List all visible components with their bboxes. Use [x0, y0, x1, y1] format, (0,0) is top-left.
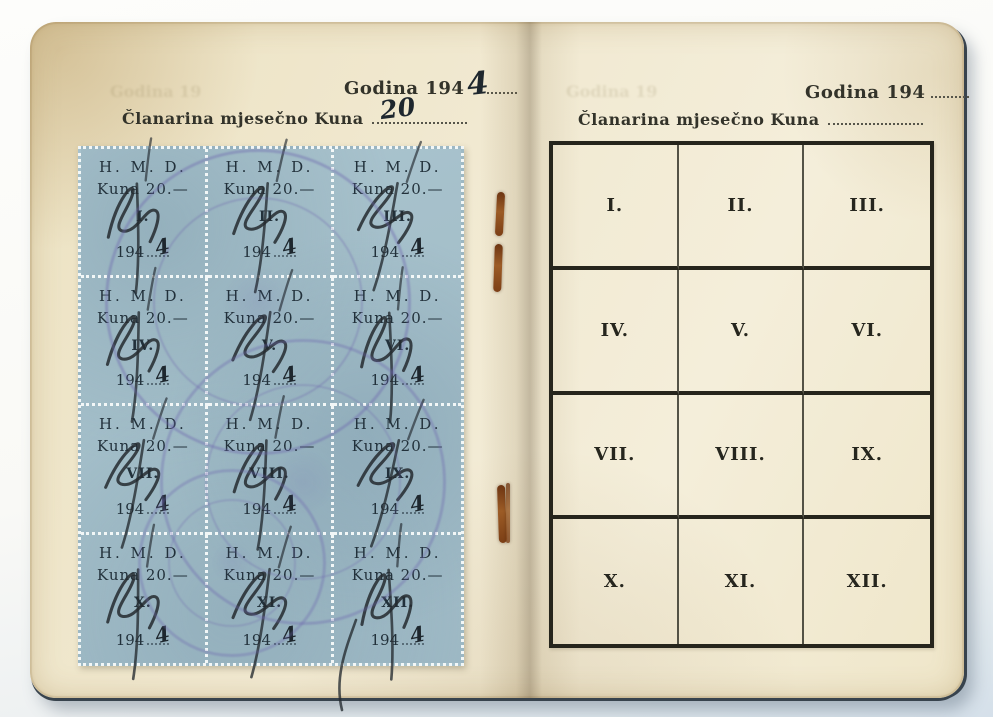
clanarina-line-left: Članarina mjesečno Kuna20	[122, 109, 467, 128]
month-numeral: VI.	[851, 320, 883, 341]
month-cell: I.	[553, 145, 679, 270]
membership-stamp: H. M. D.Kuna 20.—V.1944	[208, 278, 335, 407]
month-numeral: X.	[604, 571, 626, 592]
stamp-year-printed: 194	[242, 371, 271, 389]
staple	[495, 192, 505, 236]
stamp-org-text: H. M. D.	[226, 415, 314, 433]
dotted-line	[931, 93, 969, 98]
month-numeral: XI.	[725, 571, 757, 592]
stamp-year-printed: 194	[242, 631, 271, 649]
stamp-org-text: H. M. D.	[354, 415, 442, 433]
clanarina-label-left: Članarina mjesečno Kuna	[122, 109, 364, 128]
membership-stamp: H. M. D.Kuna 20.—XI.1944	[208, 535, 335, 664]
stamp-year-row: 1944	[116, 625, 170, 650]
month-cell: XII.	[804, 519, 930, 644]
clanarina-line-right: Članarina mjesečno Kuna	[578, 110, 923, 129]
membership-stamp: H. M. D.Kuna 20.—VIII.1944	[208, 406, 335, 535]
stamp-org-text: H. M. D.	[99, 544, 187, 562]
stamp-org-text: H. M. D.	[226, 287, 314, 305]
month-table: I.II.III.IV.V.VI.VII.VIII.IX.X.XI.XII.	[549, 141, 934, 648]
godina-line-right: Godina 194	[805, 82, 969, 103]
stamp-price-text: Kuna 20.—	[352, 309, 444, 327]
stamp-month-numeral: IV.	[131, 338, 154, 354]
showthrough-text-left: Godina 19	[110, 82, 201, 101]
stamp-year-printed: 194	[371, 371, 400, 389]
stamp-price-text: Kuna 20.—	[224, 309, 316, 327]
month-cell: II.	[679, 145, 805, 270]
membership-stamp: H. M. D.Kuna 20.—XII.1944	[334, 535, 461, 664]
membership-stamp: H. M. D.Kuna 20.—X.1944	[81, 535, 208, 664]
stamp-price-text: Kuna 20.—	[97, 566, 189, 584]
stamp-price-text: Kuna 20.—	[97, 437, 189, 455]
stamp-year-printed: 194	[116, 371, 145, 389]
month-cell: XI.	[679, 519, 805, 644]
month-cell: III.	[804, 145, 930, 270]
month-cell: VII.	[553, 395, 679, 520]
stamp-price-text: Kuna 20.—	[352, 566, 444, 584]
stamp-year-row: 1944	[116, 237, 170, 262]
stamp-org-text: H. M. D.	[99, 287, 187, 305]
stamp-org-text: H. M. D.	[354, 544, 442, 562]
stamp-year-row: 1944	[242, 494, 296, 519]
dotted-line: 20	[372, 119, 467, 124]
stamp-year-printed: 194	[371, 500, 400, 518]
stamp-month-numeral: III.	[383, 209, 412, 225]
month-numeral: XII.	[847, 571, 888, 592]
stamps-grid: H. M. D.Kuna 20.—I.1944H. M. D.Kuna 20.—…	[78, 146, 464, 666]
month-numeral: II.	[727, 195, 753, 216]
month-numeral: IX.	[851, 444, 883, 465]
month-cell: VIII.	[679, 395, 805, 520]
month-numeral: V.	[731, 320, 750, 341]
stamp-price-text: Kuna 20.—	[97, 180, 189, 198]
membership-stamp: H. M. D.Kuna 20.—III.1944	[334, 149, 461, 278]
stamp-org-text: H. M. D.	[99, 158, 187, 176]
stamp-year-row: 1944	[242, 365, 296, 390]
month-cell: VI.	[804, 270, 930, 395]
stamp-month-numeral: VI.	[385, 338, 410, 354]
stamp-month-numeral: XII.	[381, 595, 414, 611]
staple	[493, 244, 503, 292]
stamp-price-text: Kuna 20.—	[224, 437, 316, 455]
stamp-org-text: H. M. D.	[226, 158, 314, 176]
booklet-open-spread: Godina 19 Godina 1944 Članarina mjesečno…	[30, 22, 964, 698]
stamp-year-printed: 194	[116, 243, 145, 261]
stamp-year-printed: 194	[242, 500, 271, 518]
staple	[506, 483, 510, 543]
month-cell: IV.	[553, 270, 679, 395]
month-numeral: I.	[606, 195, 623, 216]
stamp-month-numeral: VIII.	[249, 466, 289, 482]
stamp-org-text: H. M. D.	[354, 287, 442, 305]
month-cell: X.	[553, 519, 679, 644]
membership-stamp: H. M. D.Kuna 20.—I.1944	[81, 149, 208, 278]
handwritten-amount: 20	[378, 92, 417, 125]
stamp-year-printed: 194	[242, 243, 271, 261]
godina-label-right: Godina 194	[805, 82, 925, 103]
stamp-year-printed: 194	[371, 631, 400, 649]
handwritten-year-digit: 4	[153, 489, 173, 516]
membership-stamp: H. M. D.Kuna 20.—IV.1944	[81, 278, 208, 407]
stamp-org-text: H. M. D.	[354, 158, 442, 176]
stamp-year-printed: 194	[116, 500, 145, 518]
month-numeral: IV.	[601, 320, 630, 341]
stamp-price-text: Kuna 20.—	[97, 309, 189, 327]
month-cell: V.	[679, 270, 805, 395]
stamp-price-text: Kuna 20.—	[224, 180, 316, 198]
stamp-year-row: 1944	[116, 365, 170, 390]
stamp-year-printed: 194	[371, 243, 400, 261]
stamp-org-text: H. M. D.	[226, 544, 314, 562]
scanned-membership-booklet: Godina 19 Godina 1944 Članarina mjesečno…	[0, 0, 993, 717]
membership-stamp: H. M. D.Kuna 20.—VI.1944	[334, 278, 461, 407]
stamp-month-numeral: VII.	[126, 466, 159, 482]
handwritten-year-digit: 4	[467, 83, 489, 85]
godina-line-left: Godina 1944	[344, 78, 517, 99]
handwritten-year-digit: 4	[153, 232, 173, 259]
dotted-line	[487, 89, 517, 94]
stamp-year-row: 1944	[371, 365, 425, 390]
month-cell: IX.	[804, 395, 930, 520]
stamp-month-numeral: V.	[262, 338, 277, 354]
membership-stamp: H. M. D.Kuna 20.—VII.1944	[81, 406, 208, 535]
stamp-year-printed: 194	[116, 631, 145, 649]
membership-stamp: H. M. D.Kuna 20.—IX.1944	[334, 406, 461, 535]
dotted-line	[828, 120, 923, 125]
membership-stamp: H. M. D.Kuna 20.—II.1944	[208, 149, 335, 278]
stamp-year-row: 1944	[242, 625, 296, 650]
month-numeral: III.	[849, 195, 885, 216]
stamp-month-numeral: IX.	[385, 466, 410, 482]
stamp-month-numeral: I.	[136, 209, 149, 225]
stamp-price-text: Kuna 20.—	[352, 437, 444, 455]
stamp-year-row: 1944	[371, 237, 425, 262]
stamp-price-text: Kuna 20.—	[224, 566, 316, 584]
month-numeral: VIII.	[715, 444, 766, 465]
stamp-org-text: H. M. D.	[99, 415, 187, 433]
stamp-year-row: 1944	[371, 625, 425, 650]
month-numeral: VII.	[594, 444, 635, 465]
clanarina-label-right: Članarina mjesečno Kuna	[578, 110, 820, 129]
stamp-month-numeral: XI.	[257, 595, 282, 611]
stamp-year-row: 1944	[242, 237, 296, 262]
stamp-year-row: 1944	[371, 494, 425, 519]
stamp-month-numeral: X.	[134, 595, 152, 611]
stamp-year-row: 1944	[116, 494, 170, 519]
showthrough-text-right: Godina 19	[566, 82, 657, 101]
stamp-month-numeral: II.	[259, 209, 280, 225]
stamp-price-text: Kuna 20.—	[352, 180, 444, 198]
